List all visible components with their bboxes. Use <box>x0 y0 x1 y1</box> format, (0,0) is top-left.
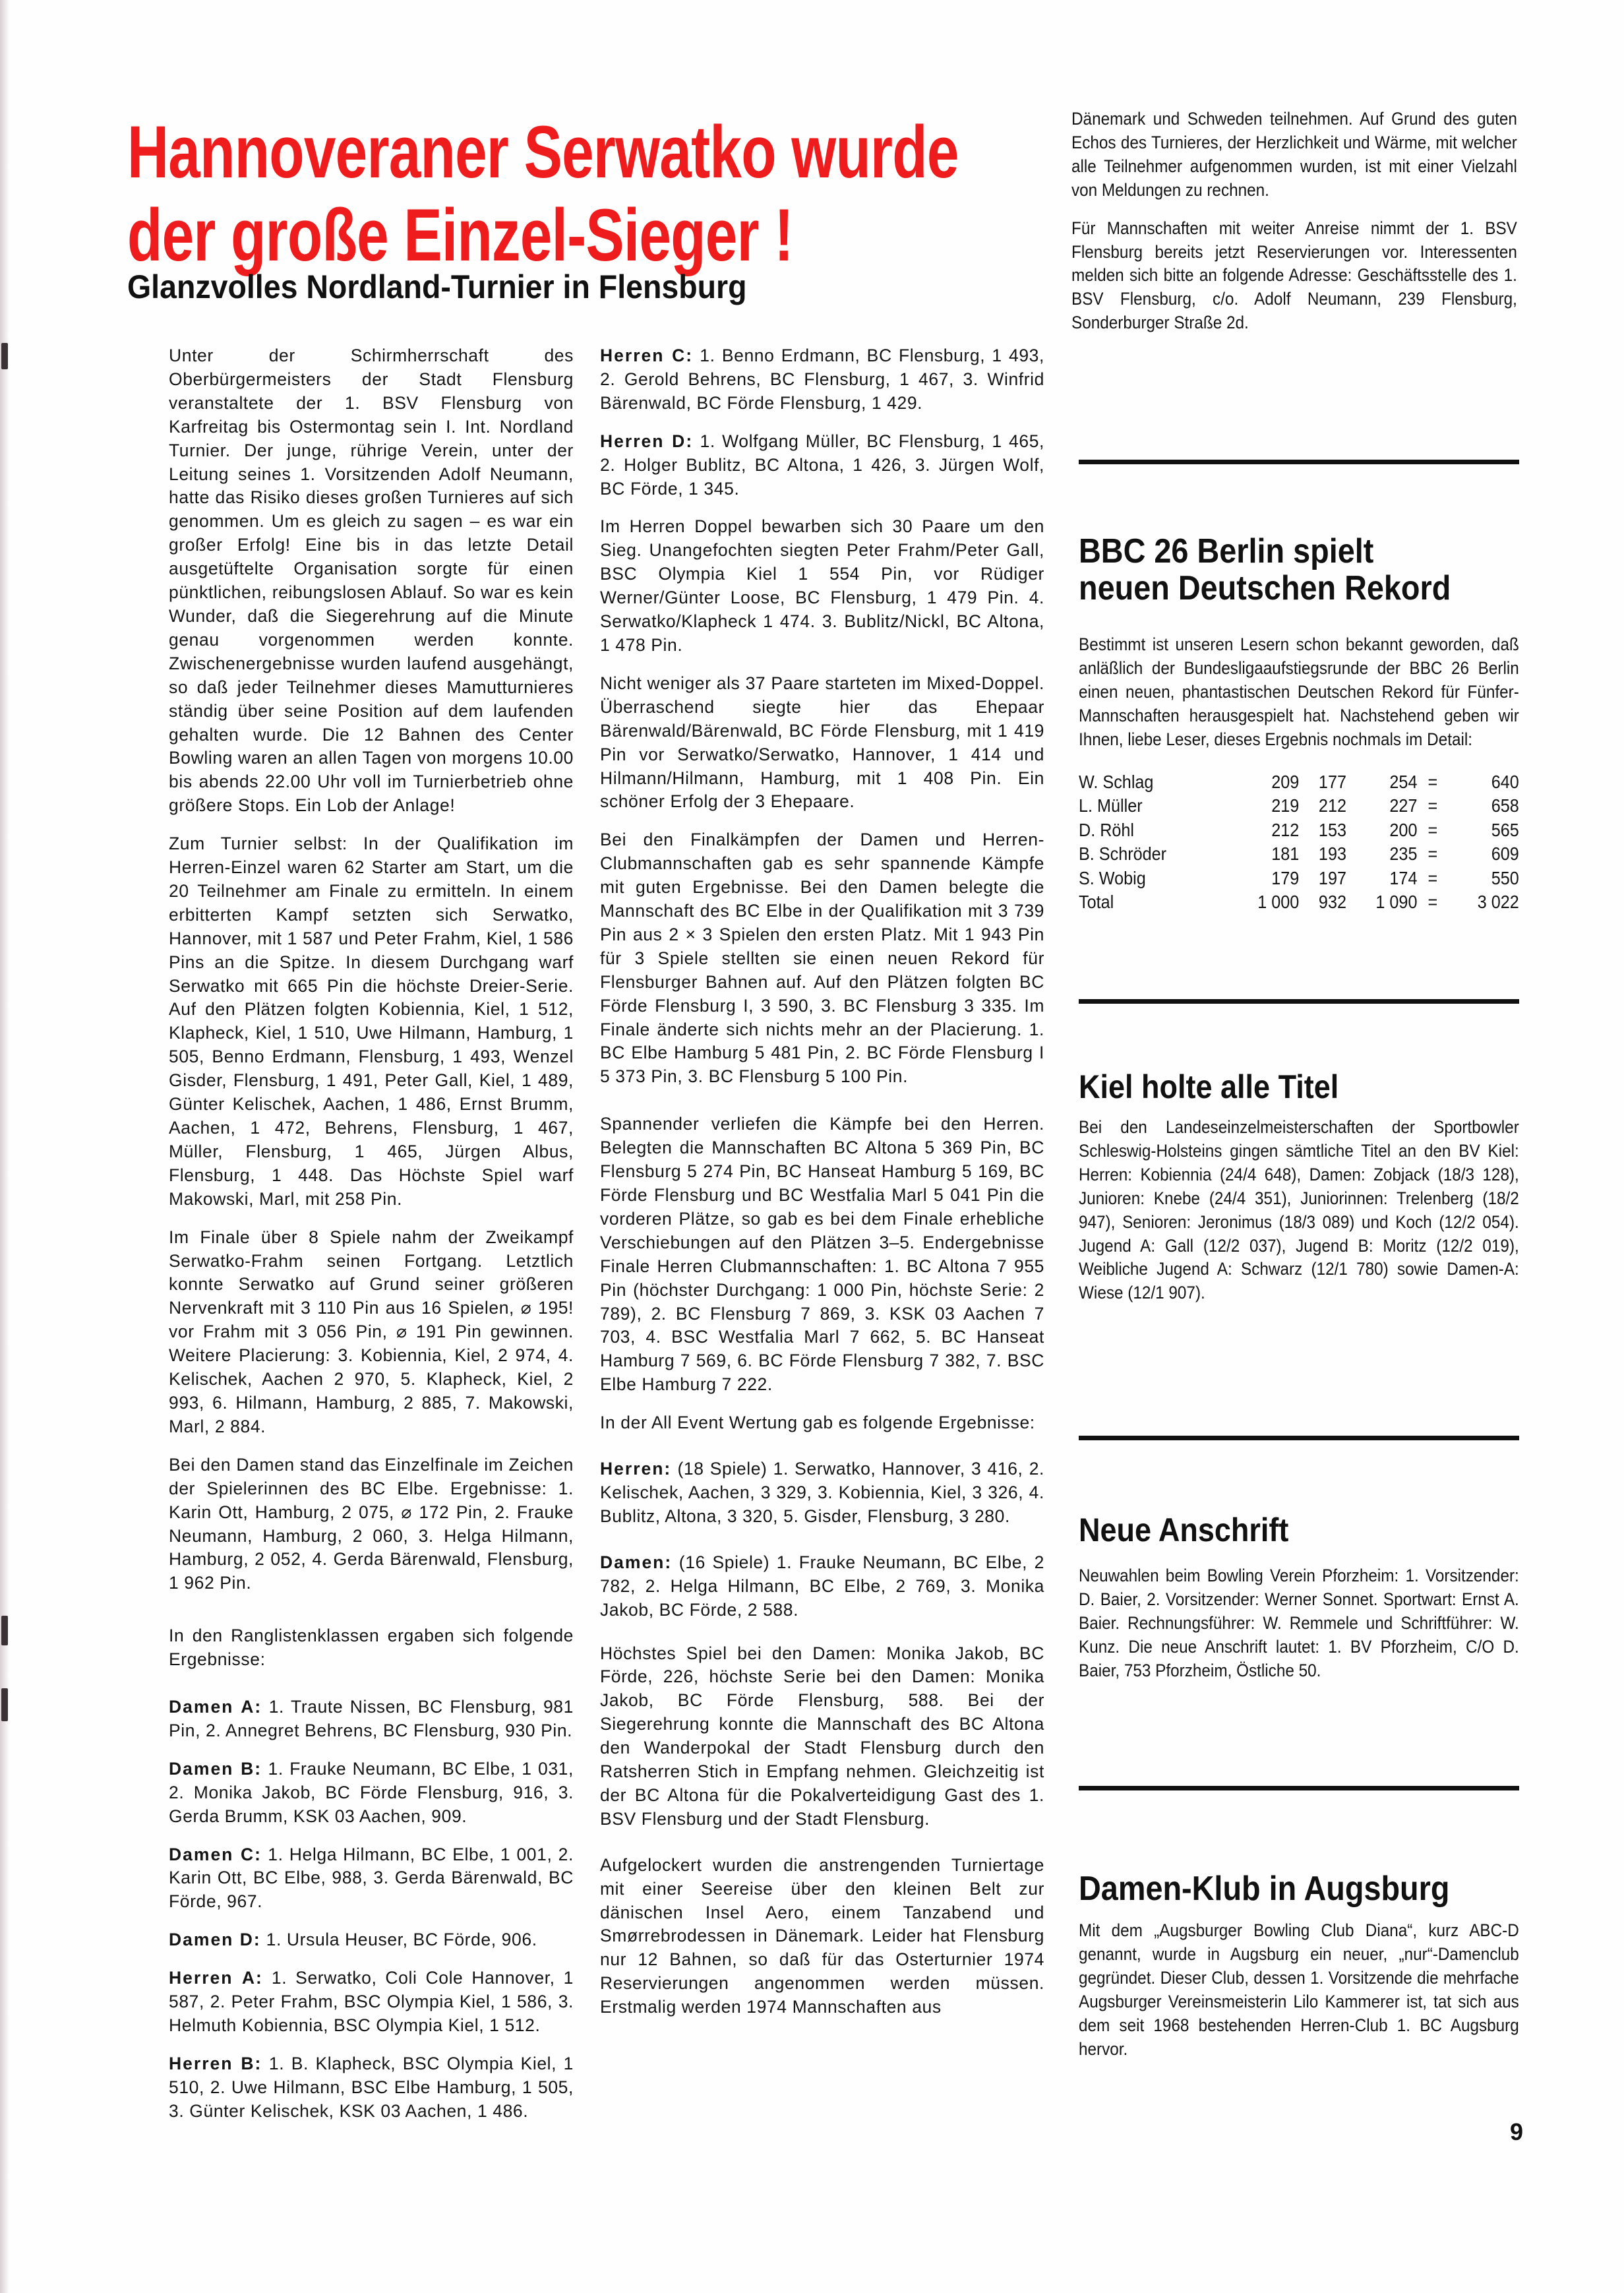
grand-total: 3 022 <box>1448 890 1519 915</box>
row-total: 550 <box>1448 867 1519 891</box>
row-total: 640 <box>1448 770 1519 795</box>
game-2: 177 <box>1299 770 1346 795</box>
game-1: 212 <box>1228 818 1299 843</box>
paragraph: Im Herren Doppel bewarben sich 30 Paare … <box>600 515 1044 657</box>
paragraph: Bei den Damen stand das Einzelfinale im … <box>169 1453 574 1595</box>
game-3: 200 <box>1346 818 1417 843</box>
paragraph-text: In der All Event Wertung gab es folgende… <box>600 1413 1035 1432</box>
row-total: 609 <box>1448 842 1519 867</box>
paragraph: Im Finale über 8 Spiele nahm der Zweikam… <box>169 1226 574 1439</box>
result-damen-c: Damen C: 1. Helga Hilmann, BC Elbe, 1 00… <box>169 1843 574 1914</box>
paragraph-lead: Damen C: <box>169 1845 262 1864</box>
paragraph-lead: Damen D: <box>169 1930 261 1949</box>
paragraph-text: 1. Ursula Heuser, BC Förde, 906. <box>261 1930 537 1949</box>
paragraph: Dänemark und Schweden teilnehmen. Auf Gr… <box>1071 107 1517 202</box>
paragraph: In den Ranglistenklassen ergaben sich fo… <box>169 1624 574 1672</box>
result-damen-b: Damen B: 1. Frauke Neumann, BC Elbe, 1 0… <box>169 1758 574 1829</box>
paragraph-lead: Damen A: <box>169 1697 262 1717</box>
berlin-body: Bestimmt ist unseren Lesern schon bekann… <box>1079 633 1519 915</box>
table-row: L. Müller219212227=658 <box>1079 794 1519 818</box>
game-1-total: 1 000 <box>1228 890 1299 915</box>
section-divider <box>1079 1786 1519 1790</box>
paragraph-lead: Herren: <box>600 1459 671 1479</box>
result-herren-a: Herren A: 1. Serwatko, Coli Cole Hannove… <box>169 1967 574 2038</box>
anschrift-body: Neuwahlen beim Bowling Verein Pforzheim:… <box>1079 1564 1519 1683</box>
paragraph-lead: Herren B: <box>169 2054 262 2073</box>
row-total: 658 <box>1448 794 1519 818</box>
paragraph-lead: Damen: <box>600 1552 672 1572</box>
article-column-3: Dänemark und Schweden teilnehmen. Auf Gr… <box>1071 107 1517 350</box>
binding-mark <box>1 1616 8 1645</box>
game-2: 212 <box>1299 794 1346 818</box>
augsburg-body-text: Mit dem „Augsburger Bowling Club Diana“,… <box>1079 1919 1519 2061</box>
paragraph: Unter der Schirmherrschaft des Oberbürge… <box>169 344 574 818</box>
game-3: 254 <box>1346 770 1417 795</box>
row-total: 565 <box>1448 818 1519 843</box>
paragraph: Zum Turnier selbst: In der Qualifikation… <box>169 832 574 1211</box>
paragraph-text: Aufgelockert wurden die anstrengenden Tu… <box>600 1855 1044 2017</box>
game-3: 174 <box>1346 867 1417 891</box>
berlin-score-table: W. Schlag209177254=640 L. Müller21921222… <box>1079 770 1519 915</box>
equals-sign: = <box>1417 794 1448 818</box>
game-2: 197 <box>1299 867 1346 891</box>
section-divider <box>1079 460 1519 464</box>
table-row: S. Wobig179197174=550 <box>1079 867 1519 891</box>
table-row: D. Röhl212153200=565 <box>1079 818 1519 843</box>
paragraph-text: Bei den Damen stand das Einzelfinale im … <box>169 1455 574 1593</box>
kiel-title: Kiel holte alle Titel <box>1079 1068 1338 1105</box>
equals-sign: = <box>1417 890 1448 915</box>
game-3-total: 1 090 <box>1346 890 1417 915</box>
berlin-title: BBC 26 Berlin spielt neuen Deutschen Rek… <box>1079 533 1451 607</box>
paragraph-lead: Herren C: <box>600 346 693 365</box>
table-row-total: Total1 0009321 090=3 022 <box>1079 890 1519 915</box>
paragraph: Spannender verliefen die Kämpfe bei den … <box>600 1113 1044 1397</box>
all-event-herren: Herren: (18 Spiele) 1. Serwatko, Hannove… <box>600 1457 1044 1529</box>
section-divider <box>1079 999 1519 1004</box>
player-name: D. Röhl <box>1079 818 1228 843</box>
kiel-body: Bei den Landeseinzelmeisterschaften der … <box>1079 1116 1519 1305</box>
game-2-total: 932 <box>1299 890 1346 915</box>
player-name: L. Müller <box>1079 794 1228 818</box>
paragraph-lead: Herren D: <box>600 431 693 451</box>
equals-sign: = <box>1417 867 1448 891</box>
berlin-title-line-2: neuen Deutschen Rekord <box>1079 570 1451 607</box>
paragraph-text: Im Herren Doppel bewarben sich 30 Paare … <box>600 516 1044 655</box>
game-1: 209 <box>1228 770 1299 795</box>
anschrift-body-text: Neuwahlen beim Bowling Verein Pforzheim:… <box>1079 1564 1519 1683</box>
player-name: B. Schröder <box>1079 842 1228 867</box>
paragraph: Bei den Finalkämpfen der Damen und Herre… <box>600 828 1044 1089</box>
berlin-title-line-1: BBC 26 Berlin spielt <box>1079 533 1451 570</box>
main-headline: Hannoveraner Serwatko wurde der große Ei… <box>127 111 961 277</box>
equals-sign: = <box>1417 770 1448 795</box>
berlin-body-text: Bestimmt ist unseren Lesern schon bekann… <box>1079 633 1519 752</box>
table-row: W. Schlag209177254=640 <box>1079 770 1519 795</box>
paragraph: In der All Event Wertung gab es folgende… <box>600 1411 1044 1435</box>
paragraph-lead: Damen B: <box>169 1759 262 1779</box>
result-herren-b: Herren B: 1. B. Klapheck, BSC Olympia Ki… <box>169 2052 574 2124</box>
augsburg-title: Damen-Klub in Augsburg <box>1079 1870 1449 1907</box>
paragraph-text: Im Finale über 8 Spiele nahm der Zweikam… <box>169 1227 574 1436</box>
paragraph: Für Mannschaften mit weiter Anreise nimm… <box>1071 217 1517 336</box>
paragraph-text: Bei den Finalkämpfen der Damen und Herre… <box>600 830 1044 1086</box>
game-1: 179 <box>1228 867 1299 891</box>
player-name: W. Schlag <box>1079 770 1228 795</box>
binding-mark <box>1 1688 8 1721</box>
paragraph: Aufgelockert wurden die anstrengenden Tu… <box>600 1854 1044 2019</box>
paragraph-text: In den Ranglistenklassen ergaben sich fo… <box>169 1626 574 1669</box>
article-column-2: Herren C: 1. Benno Erdmann, BC Flensburg… <box>600 344 1044 2034</box>
article-column-1: Unter der Schirmherrschaft des Oberbürge… <box>169 344 574 2138</box>
main-subtitle: Glanzvolles Nordland-Turnier in Flensbur… <box>127 267 747 307</box>
section-divider <box>1079 1436 1519 1440</box>
headline-line-1: Hannoveraner Serwatko wurde <box>127 111 961 194</box>
paragraph-text: Zum Turnier selbst: In der Qualifikation… <box>169 834 574 1209</box>
equals-sign: = <box>1417 818 1448 843</box>
anschrift-title: Neue Anschrift <box>1079 1512 1288 1548</box>
binding-mark <box>1 343 8 369</box>
paragraph: Höchstes Spiel bei den Damen: Monika Jak… <box>600 1642 1044 1831</box>
equals-sign: = <box>1417 842 1448 867</box>
page-number: 9 <box>1510 2118 1523 2146</box>
augsburg-body: Mit dem „Augsburger Bowling Club Diana“,… <box>1079 1919 1519 2061</box>
headline-line-2: der große Einzel-Sieger ! <box>127 194 961 277</box>
game-3: 235 <box>1346 842 1417 867</box>
player-name: S. Wobig <box>1079 867 1228 891</box>
result-herren-d: Herren D: 1. Wolfgang Müller, BC Flensbu… <box>600 430 1044 501</box>
game-1: 181 <box>1228 842 1299 867</box>
game-2: 153 <box>1299 818 1346 843</box>
result-damen-d: Damen D: 1. Ursula Heuser, BC Förde, 906… <box>169 1928 574 1952</box>
total-label: Total <box>1079 890 1228 915</box>
all-event-damen: Damen: (16 Spiele) 1. Frauke Neumann, BC… <box>600 1551 1044 1622</box>
paragraph: Nicht weniger als 37 Paare starteten im … <box>600 672 1044 814</box>
game-3: 227 <box>1346 794 1417 818</box>
paragraph-text: Spannender verliefen die Kämpfe bei den … <box>600 1114 1044 1394</box>
paragraph-text: Unter der Schirmherrschaft des Oberbürge… <box>169 346 574 815</box>
game-2: 193 <box>1299 842 1346 867</box>
paragraph-text: Höchstes Spiel bei den Damen: Monika Jak… <box>600 1643 1044 1829</box>
paragraph-text: Nicht weniger als 37 Paare starteten im … <box>600 673 1044 812</box>
result-herren-c: Herren C: 1. Benno Erdmann, BC Flensburg… <box>600 344 1044 415</box>
game-1: 219 <box>1228 794 1299 818</box>
paragraph-lead: Herren A: <box>169 1968 263 1988</box>
table-row: B. Schröder181193235=609 <box>1079 842 1519 867</box>
kiel-body-text: Bei den Landeseinzelmeisterschaften der … <box>1079 1116 1519 1305</box>
result-damen-a: Damen A: 1. Traute Nissen, BC Flensburg,… <box>169 1696 574 1743</box>
